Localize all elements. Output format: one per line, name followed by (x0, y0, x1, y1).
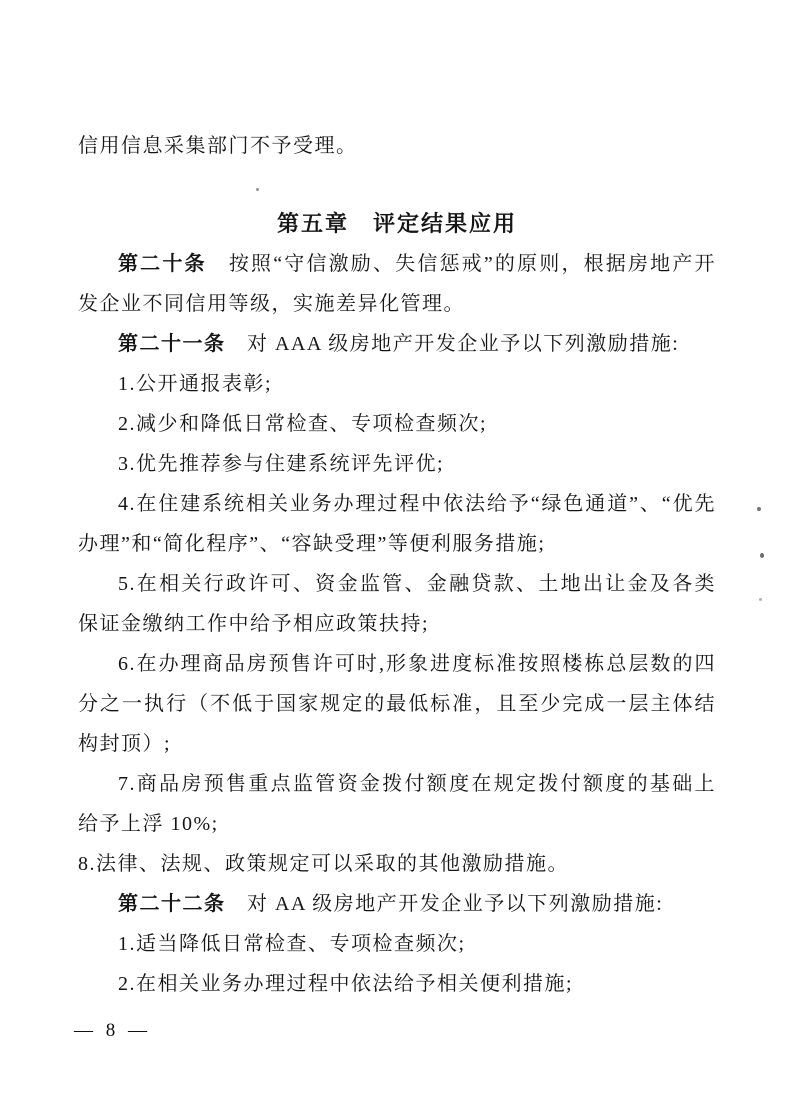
paragraph-text: 4.在住建系统相关业务办理过程中依法给予“绿色通道”、“优先办理”和“简化程序”… (78, 493, 716, 555)
intro-line: 信用信息采集部门不予受理。 (78, 126, 716, 166)
paragraph-item-aa-2: 2.在相关业务办理过程中依法给予相关便利措施; (78, 964, 716, 1004)
paragraph-text: 8.法律、法规、政策规定可以采取的其他激励措施。 (78, 853, 569, 875)
paragraph-article-20: 第二十条 按照“守信激励、失信惩戒”的原则，根据房地产开发企业不同信用等级，实施… (78, 244, 716, 324)
paragraph-item-7: 7.商品房预售重点监管资金拨付额度在规定拨付额度的基础上给予上浮 10%; (78, 764, 716, 844)
paragraph-article-22: 第二十二条 对 AA 级房地产开发企业予以下列激励措施: (78, 884, 716, 924)
page-number: — 8 — (74, 1020, 151, 1042)
article-number: 第二十条 (118, 253, 207, 275)
paragraph-text: 6.在办理商品房预售许可时,形象进度标准按照楼栋总层数的四分之一执行（不低于国家… (78, 653, 716, 755)
paragraph-text: 对 AA 级房地产开发企业予以下列激励措施: (226, 893, 664, 915)
paragraph-item-aa-1: 1.适当降低日常检查、专项检查频次; (78, 924, 716, 964)
paragraph-text: 5.在相关行政许可、资金监管、金融贷款、土地出让金及各类保证金缴纳工作中给予相应… (78, 573, 716, 635)
article-number: 第二十二条 (118, 893, 226, 915)
scan-speck (759, 598, 762, 601)
scan-speck (760, 553, 764, 558)
scan-speck (256, 188, 259, 191)
paragraph-item-2: 2.减少和降低日常检查、专项检查频次; (78, 404, 716, 444)
paragraph-text: 1.适当降低日常检查、专项检查频次; (118, 933, 466, 955)
paragraph-item-4: 4.在住建系统相关业务办理过程中依法给予“绿色通道”、“优先办理”和“简化程序”… (78, 484, 716, 564)
paragraph-item-6: 6.在办理商品房预售许可时,形象进度标准按照楼栋总层数的四分之一执行（不低于国家… (78, 644, 716, 764)
paragraph-item-3: 3.优先推荐参与住建系统评先评优; (78, 444, 716, 484)
paragraph-item-8: 8.法律、法规、政策规定可以采取的其他激励措施。 (78, 844, 716, 884)
paragraph-text: 2.减少和降低日常检查、专项检查频次; (118, 413, 487, 435)
scan-speck (757, 507, 761, 511)
paragraph-item-1: 1.公开通报表彰; (78, 364, 716, 404)
paragraph-article-21: 第二十一条 对 AAA 级房地产开发企业予以下列激励措施: (78, 324, 716, 364)
paragraph-text: 1.公开通报表彰; (118, 373, 272, 395)
paragraph-text: 对 AAA 级房地产开发企业予以下列激励措施: (226, 333, 680, 355)
chapter-heading: 第五章 评定结果应用 (78, 204, 716, 244)
article-number: 第二十一条 (118, 333, 226, 355)
paragraph-text: 3.优先推荐参与住建系统评先评优; (118, 453, 444, 475)
document-page: 信用信息采集部门不予受理。 第五章 评定结果应用 第二十条 按照“守信激励、失信… (0, 0, 792, 1119)
document-content: 信用信息采集部门不予受理。 第五章 评定结果应用 第二十条 按照“守信激励、失信… (78, 126, 716, 1004)
paragraph-text: 2.在相关业务办理过程中依法给予相关便利措施; (118, 973, 573, 995)
paragraph-item-5: 5.在相关行政许可、资金监管、金融贷款、土地出让金及各类保证金缴纳工作中给予相应… (78, 564, 716, 644)
paragraph-text: 7.商品房预售重点监管资金拨付额度在规定拨付额度的基础上给予上浮 10%; (78, 773, 716, 835)
